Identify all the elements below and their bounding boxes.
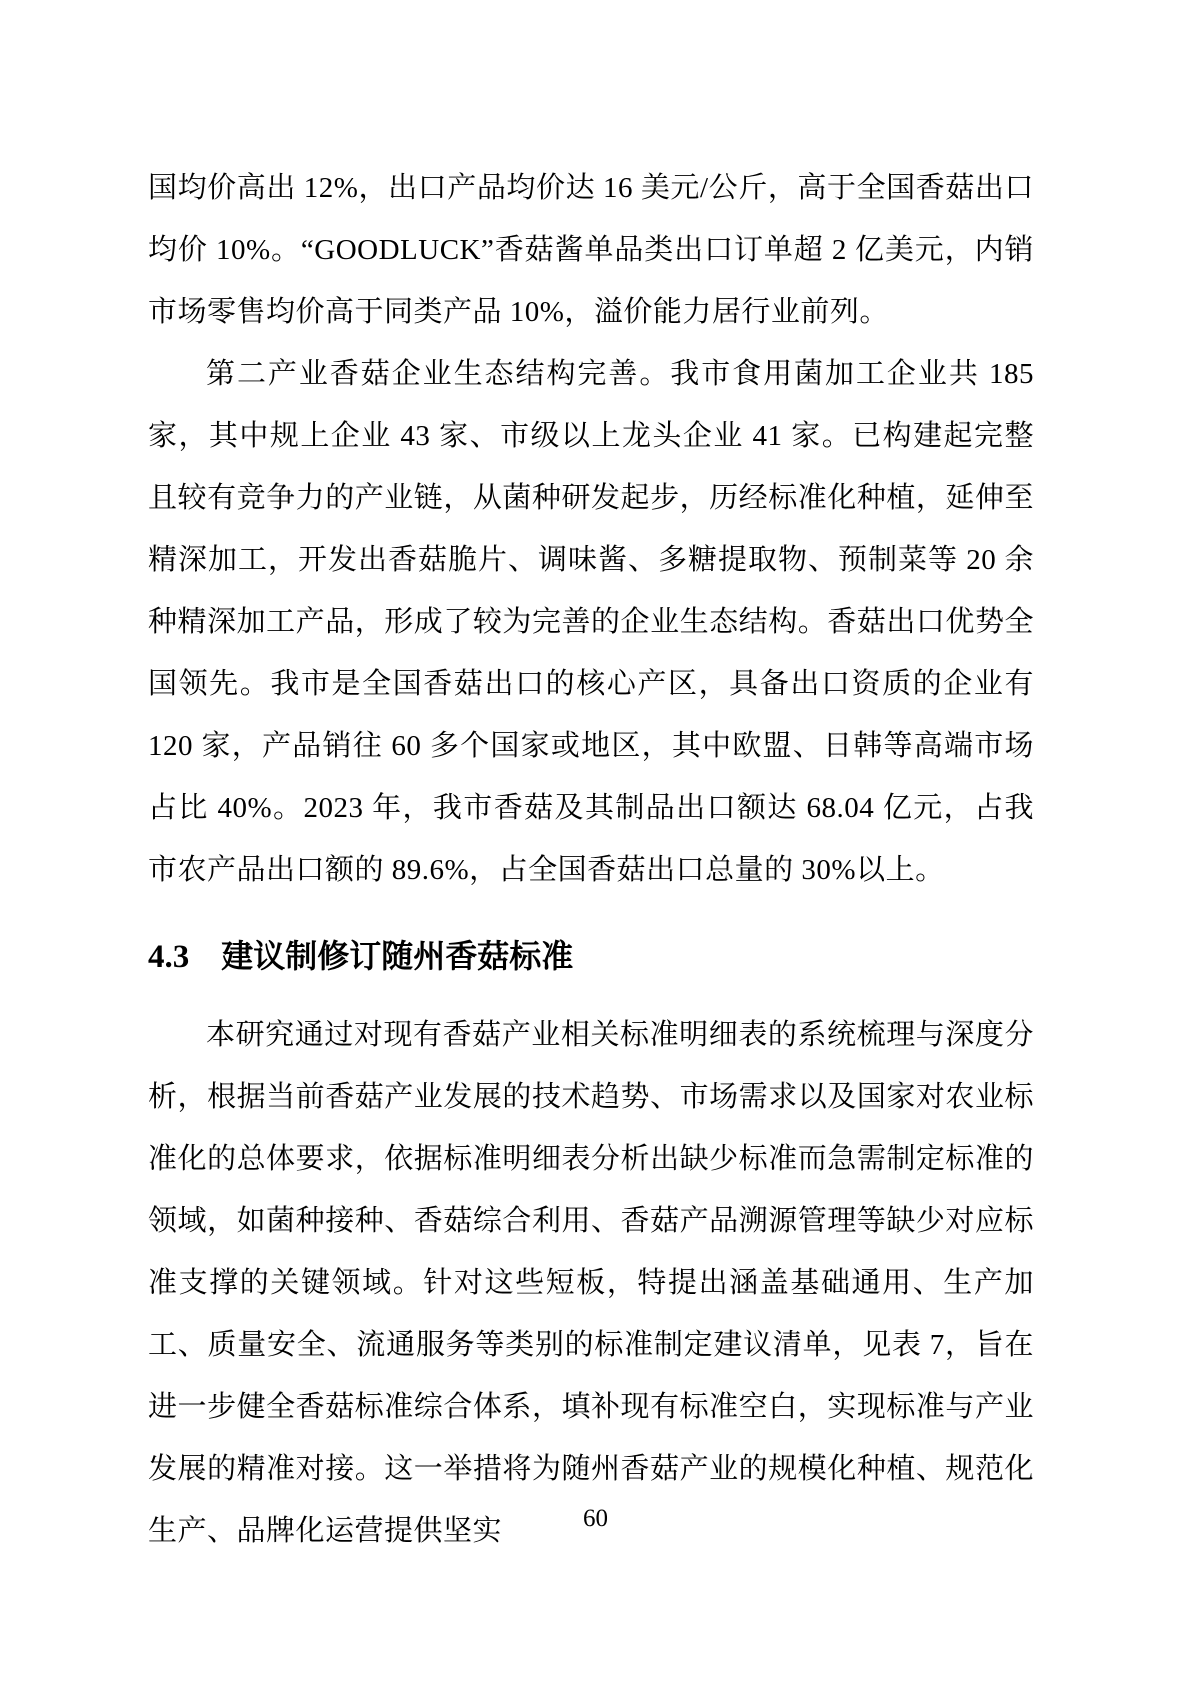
document-page: 国均价高出 12%，出口产品均价达 16 美元/公斤，高于全国香菇出口均价 10… (0, 0, 1191, 1684)
page-number: 60 (0, 1506, 1191, 1532)
paragraph-secondary-industry: 第二产业香菇企业生态结构完善。我市食用菌加工企业共 185 家，其中规上企业 4… (148, 343, 1034, 901)
paragraph-export-price: 国均价高出 12%，出口产品均价达 16 美元/公斤，高于全国香菇出口均价 10… (148, 157, 1034, 343)
section-heading-title: 建议制修订随州香菇标准 (221, 938, 573, 974)
paragraph-standard-recommendation: 本研究通过对现有香菇产业相关标准明细表的系统梳理与深度分析，根据当前香菇产业发展… (148, 1004, 1034, 1562)
section-heading-number: 4.3 (148, 939, 189, 975)
section-heading: 4.3建议制修订随州香菇标准 (148, 931, 1034, 982)
page-content: 国均价高出 12%，出口产品均价达 16 美元/公斤，高于全国香菇出口均价 10… (148, 157, 1034, 1562)
